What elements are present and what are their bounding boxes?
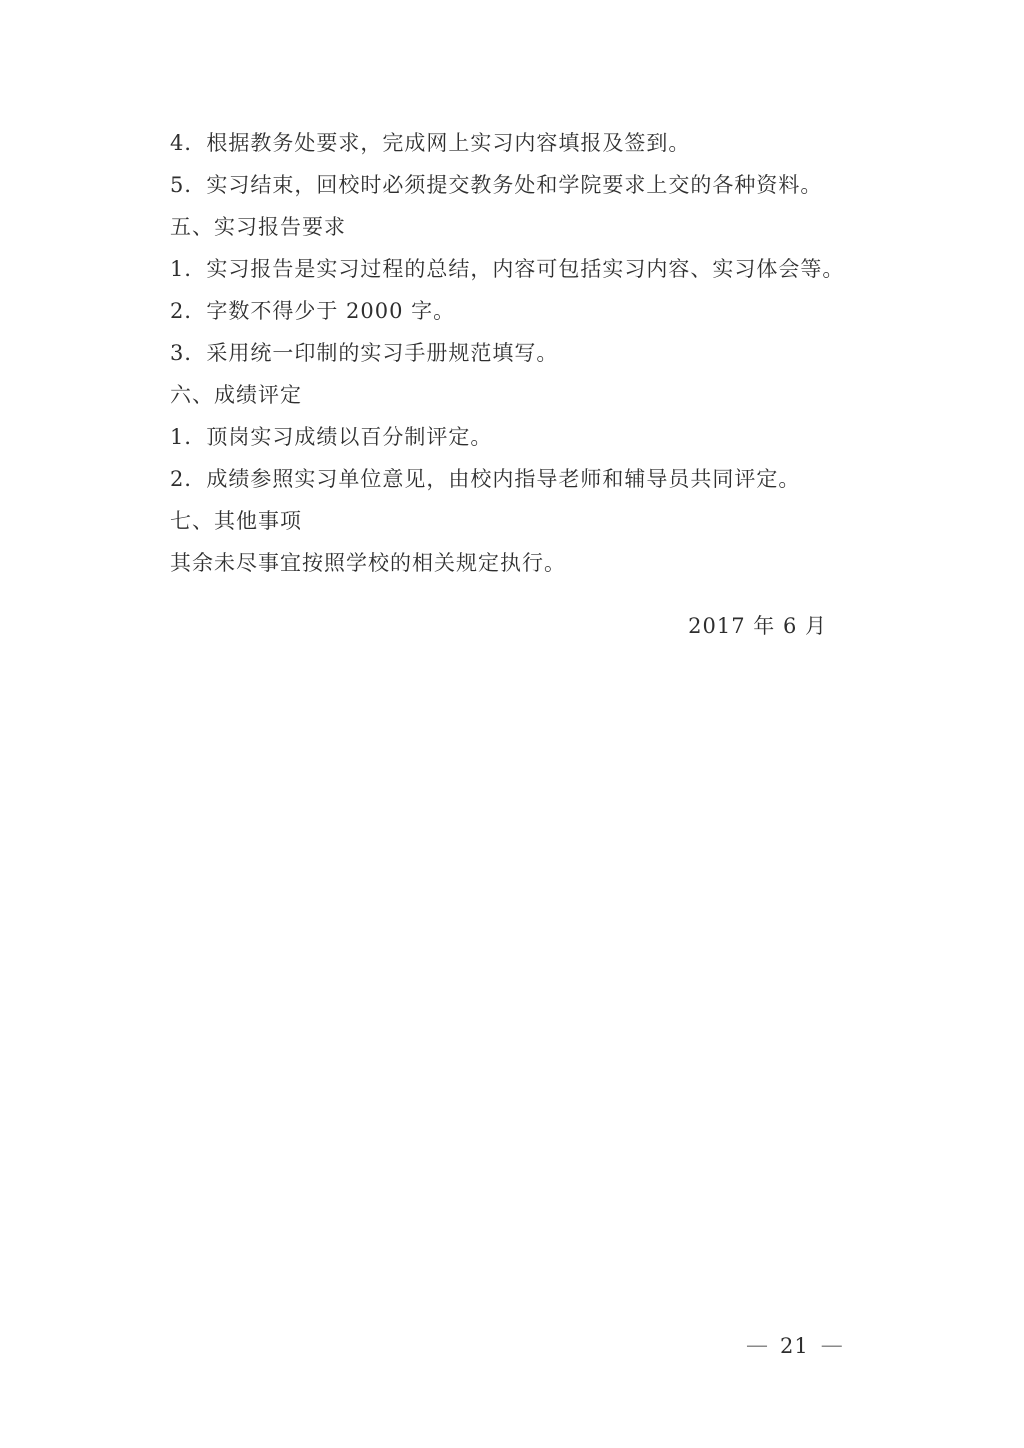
document-body: 4．根据教务处要求，完成网上实习内容填报及签到。 5．实习结束，回校时必须提交教… xyxy=(170,122,854,647)
doc-line: 2．字数不得少于 2000 字。 xyxy=(170,290,854,332)
page-number-value: 21 xyxy=(780,1332,809,1360)
doc-line: 其余未尽事宜按照学校的相关规定执行。 xyxy=(170,542,854,584)
doc-line: 1．实习报告是实习过程的总结，内容可包括实习内容、实习体会等。 xyxy=(170,248,854,290)
doc-line: 1．顶岗实习成绩以百分制评定。 xyxy=(170,416,854,458)
doc-line: 5．实习结束，回校时必须提交教务处和学院要求上交的各种资料。 xyxy=(170,164,854,206)
doc-heading: 七、其他事项 xyxy=(170,500,854,542)
document-page: 4．根据教务处要求，完成网上实习内容填报及签到。 5．实习结束，回校时必须提交教… xyxy=(0,0,1024,1448)
doc-heading: 六、成绩评定 xyxy=(170,374,854,416)
doc-line: 3．采用统一印制的实习手册规范填写。 xyxy=(170,332,854,374)
doc-line: 2．成绩参照实习单位意见，由校内指导老师和辅导员共同评定。 xyxy=(170,458,854,500)
page-number: — 21 — xyxy=(746,1332,843,1360)
page-number-dash-right: — xyxy=(821,1332,843,1360)
doc-heading: 五、实习报告要求 xyxy=(170,206,854,248)
doc-line: 4．根据教务处要求，完成网上实习内容填报及签到。 xyxy=(170,122,854,164)
page-number-dash-left: — xyxy=(746,1332,768,1360)
doc-date-line: 2017 年 6 月 xyxy=(170,605,854,647)
